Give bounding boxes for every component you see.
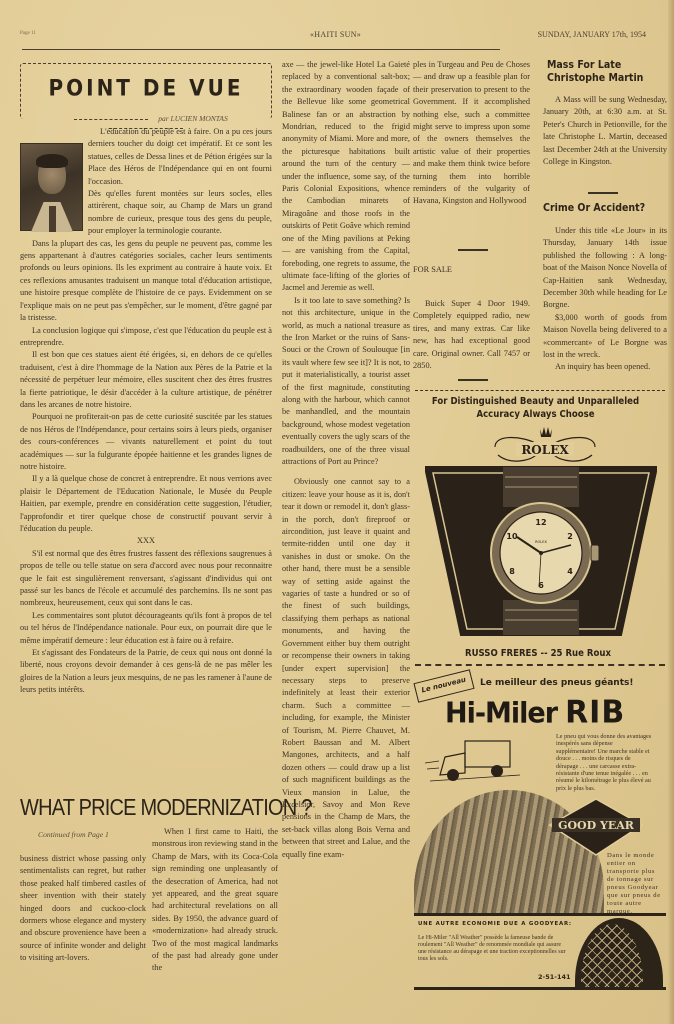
paragraph: Dès qu'elles furent montées sur leurs so… [20, 188, 272, 238]
column-title: POINT DE VUE [20, 75, 272, 101]
paragraph: Dans la plupart des cas, les gens du peu… [20, 238, 272, 325]
article-column-2: When I first came to Haiti, the monstrou… [152, 826, 278, 975]
continued-note: Continued from Page 1 [38, 830, 109, 839]
point-de-vue-article: L'éducation du peuple est à faire. On a … [20, 126, 272, 697]
classified-heading: FOR SALE [413, 265, 452, 274]
svg-text:GOOD YEAR: GOOD YEAR [558, 819, 635, 832]
divider [458, 249, 488, 251]
article-headline: WHAT PRICE MODERNIZATION ? [20, 795, 280, 821]
crown-icon [540, 427, 552, 437]
ad-rule [414, 913, 666, 916]
paragraph: L'éducation du peuple est à faire. On a … [88, 126, 272, 188]
paragraph: Pourquoi ne profiterait-on pas de cette … [20, 411, 272, 473]
paragraph: Il y a là quelque chose de concret à ent… [20, 473, 272, 535]
paragraph: La conclusion logique qui s'impose, c'es… [20, 325, 272, 350]
paragraph: S'il est normal que des êtres frustres f… [20, 548, 272, 610]
product-name: Hi-MilerRIB [445, 694, 625, 731]
dealer-name: RUSSO FRERES -- 25 Rue Roux [426, 648, 651, 659]
issue-date: SUNDAY, JANUARY 17th, 1954 [538, 30, 646, 39]
svg-text:10: 10 [506, 532, 518, 541]
page-edge [668, 0, 674, 1024]
article-column-4: ples in Turgeau and Peu de Choses — and … [413, 59, 530, 208]
product-description: Le pneu qui vous donne des avantages ine… [556, 733, 652, 792]
article-column-1: business district whose passing only sen… [20, 853, 146, 965]
all-weather-tire-illustration [575, 918, 663, 988]
truck-illustration [425, 735, 525, 790]
rolex-logo-banner: ROLEX [490, 425, 600, 467]
rolex-tagline: For Distinguished Beauty and Unparallele… [425, 395, 646, 421]
goodyear-side-note: Dans le monde entier on transporte plus … [607, 852, 662, 916]
ad-border-top [415, 390, 665, 391]
goodyear-tagline: Le meilleur des pneus géants! [480, 678, 633, 688]
svg-text:2: 2 [567, 532, 573, 541]
paragraph: Et s'agissant des Fondateurs de la Patri… [20, 647, 272, 697]
mass-article: A Mass will be sung Wednesday, January 2… [543, 94, 667, 168]
goodyear-logo: GOOD YEAR [548, 797, 644, 857]
divider [458, 379, 488, 381]
section-separator: XXX [20, 535, 272, 547]
ad-rule [414, 987, 666, 990]
ad-divider [415, 664, 665, 666]
paragraph: Il est bon que ces statues aient été éri… [20, 349, 272, 411]
masthead: Page 11 «HAITI SUN» SUNDAY, JANUARY 17th… [20, 28, 654, 42]
rolex-watch-illustration: 12 2 4 6 8 10 ROLEX [425, 455, 657, 637]
svg-text:8: 8 [509, 567, 515, 576]
ad-code: 2-51-141 [538, 973, 571, 981]
masthead-rule [22, 49, 500, 50]
economy-text: Le Hi-Miler "All Weather" possède la fam… [418, 935, 568, 963]
divider [588, 192, 618, 194]
svg-text:ROLEX: ROLEX [521, 443, 569, 457]
newspaper-name: «HAITI SUN» [310, 30, 361, 39]
mass-headline: Mass For Late Christophe Martin [547, 58, 643, 84]
svg-text:ROLEX: ROLEX [535, 540, 547, 544]
article-column-3: axe — the jewel-like Hotel La Gaieté rep… [282, 59, 410, 861]
crime-article: Under this title «Le Jour» in its Thursd… [543, 225, 667, 374]
page-number: Page 11 [20, 31, 36, 36]
paragraph: Les commentaires sont plutot découragean… [20, 610, 272, 647]
svg-text:12: 12 [535, 518, 546, 527]
svg-text:4: 4 [567, 567, 573, 576]
classified-ad: Buick Super 4 Door 1949. Completely equi… [413, 298, 530, 372]
crime-headline: Crime Or Accident? [543, 201, 645, 214]
economy-heading: UNE AUTRE ECONOMIE DUE A GOODYEAR: [418, 921, 572, 927]
